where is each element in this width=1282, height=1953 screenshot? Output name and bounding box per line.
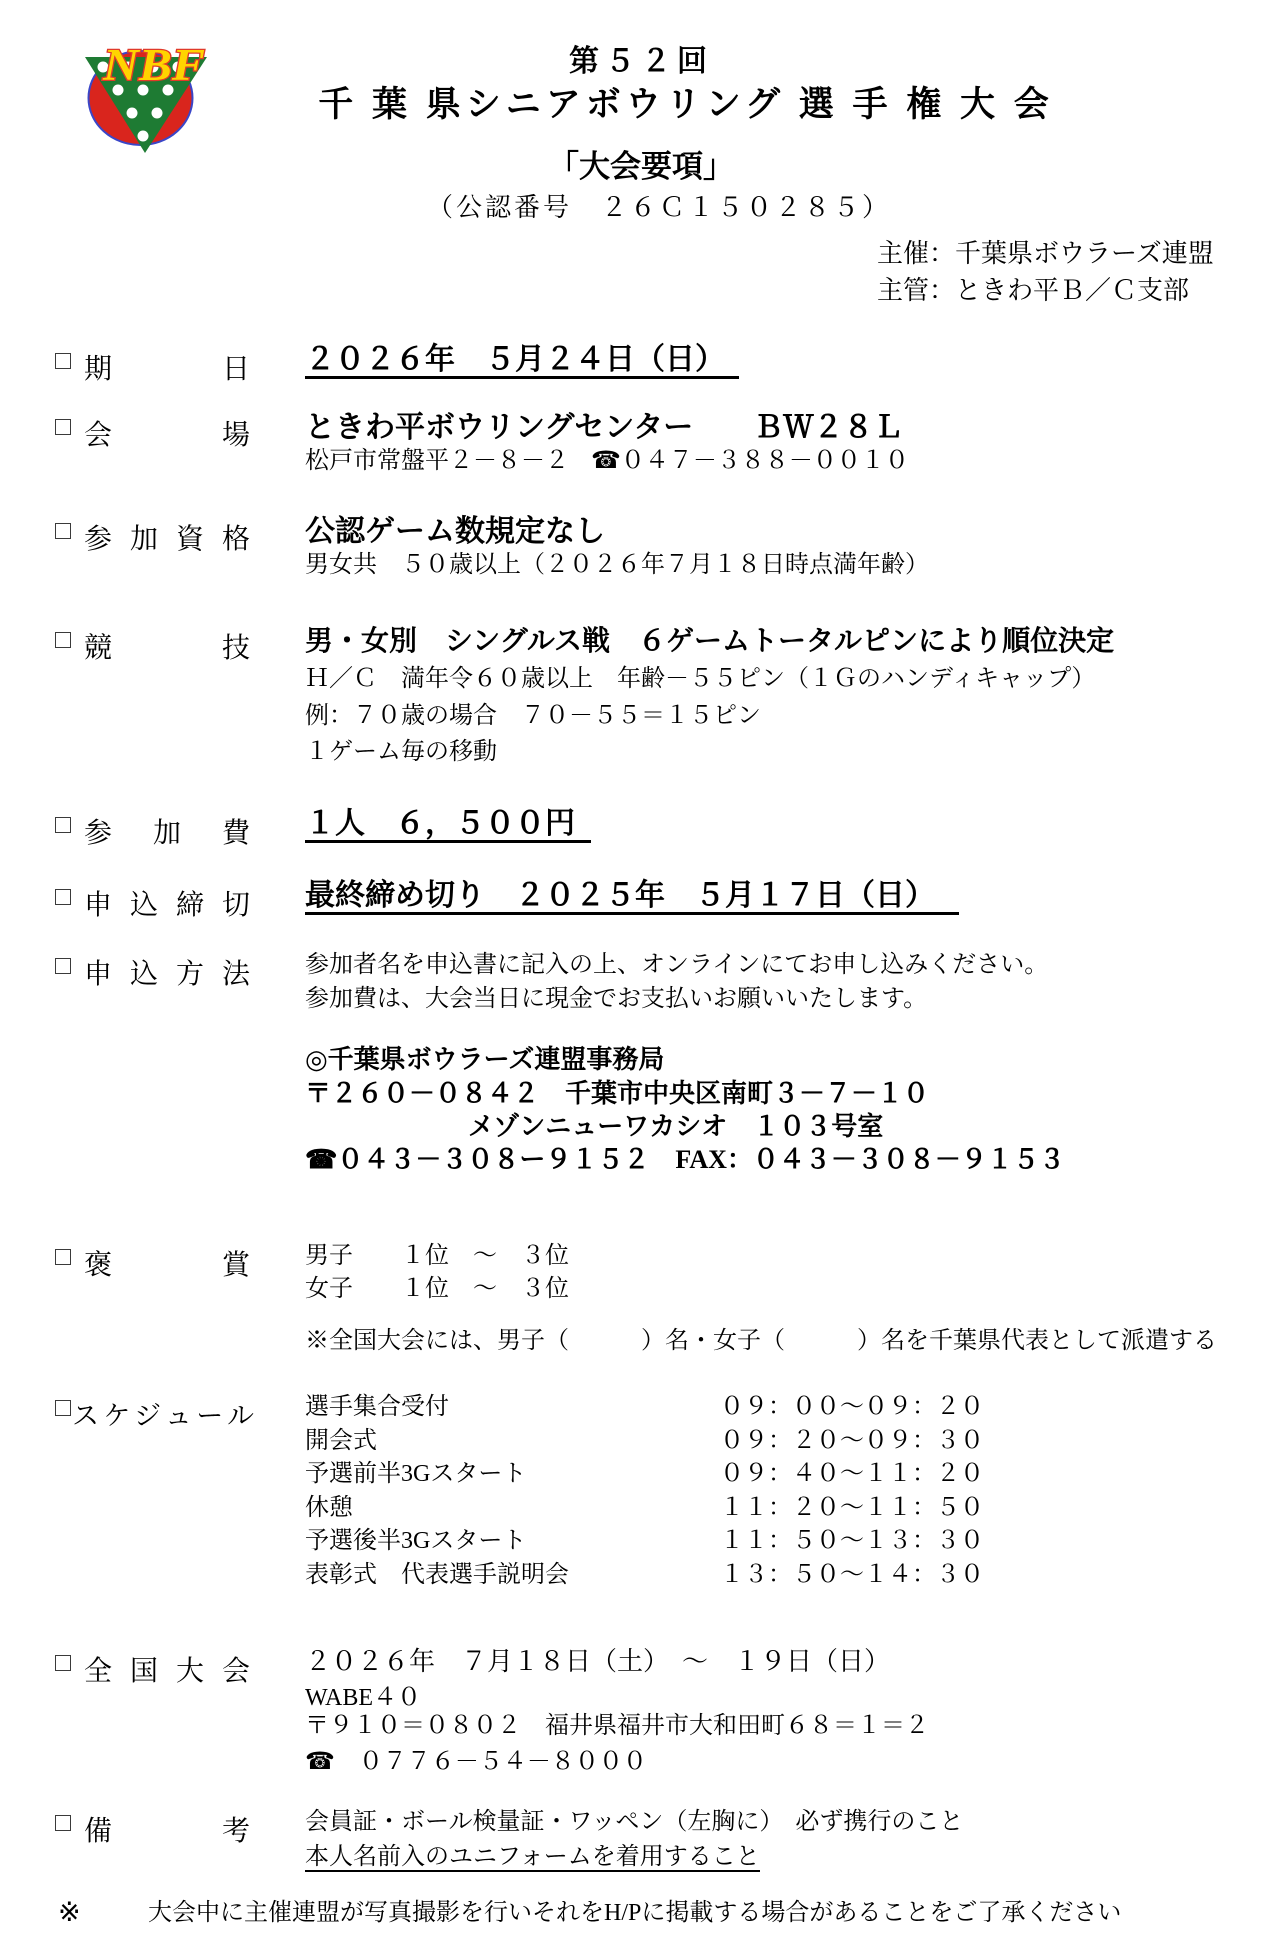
footer-note: 大会中に主催連盟が写真撮影を行いそれをH/Pに掲載する場合があることをご了承くだ… [148, 1899, 1121, 1928]
office-building: メゾンニューワカシオ １０３号室 [468, 1111, 883, 1142]
venue-phone: ☎０４７－３８８－００１０ [591, 447, 909, 476]
section-label-remarks: 備考 [84, 1809, 250, 1849]
schedule-row: 選手集合受付 ０９：００～０９：２０ [305, 1393, 984, 1422]
venue-address: 松戸市常盤平２－８－２ [305, 447, 569, 476]
section-bullet [55, 1400, 71, 1416]
national-phone: ☎ ０７７６－５４－８０００ [305, 1748, 647, 1777]
section-bullet [55, 1655, 71, 1671]
competition-main: 男・女別 シングルス戦 ６ゲームトータルピンにより順位決定 [305, 624, 1114, 658]
subtitle: 「大会要項」 [0, 148, 1282, 185]
section-bullet [55, 958, 71, 974]
schedule-item: 休憩 [305, 1494, 720, 1523]
round-number: 第５２回 [0, 44, 1282, 80]
national-venue: WABE４０ [305, 1684, 421, 1713]
section-label-national: 全国大会 [84, 1649, 250, 1689]
schedule-item: 開会式 [305, 1427, 720, 1456]
event-date: ２０２６年 ５月２４日（日） [305, 342, 739, 378]
remarks-line1: 会員証・ボール検量証・ワッペン（左胸に） 必ず携行のこと [305, 1808, 963, 1837]
application-deadline: 最終締め切り ２０２５年 ５月１７日（日） [305, 878, 959, 914]
section-bullet [55, 353, 71, 369]
schedule-time: １１：２０～１１：５０ [720, 1494, 984, 1523]
competition-example: 例：７０歳の場合 ７０－５５＝１５ピン [305, 702, 761, 731]
eligibility-main: 公認ゲーム数規定なし [305, 514, 605, 550]
organizer: 主催：千葉県ボウラーズ連盟 [877, 238, 1214, 269]
schedule-row: 予選後半3Gスタート １１：５０～１３：３０ [305, 1527, 984, 1556]
venue-address-row: 松戸市常盤平２－８－２ ☎０４７－３８８－００１０ [305, 447, 909, 476]
awards-women: 女子 １位 ～ ３位 [305, 1275, 569, 1304]
section-bullet [55, 523, 71, 539]
office-name: ◎千葉県ボウラーズ連盟事務局 [305, 1044, 664, 1075]
schedule-item: 表彰式 代表選手説明会 [305, 1561, 720, 1590]
section-label-eligibility: 参加資格 [84, 517, 250, 557]
remarks-line2: 本人名前入のユニフォームを着用すること [305, 1843, 760, 1872]
section-label-schedule: スケジュール [72, 1394, 254, 1433]
schedule-row: 予選前半3Gスタート ０９：４０～１１：２０ [305, 1460, 984, 1489]
schedule-time: ０９：２０～０９：３０ [720, 1427, 984, 1456]
section-bullet [55, 632, 71, 648]
schedule-item: 予選後半3Gスタート [305, 1527, 720, 1556]
section-bullet [55, 1815, 71, 1831]
section-bullet [55, 889, 71, 905]
awards-note: ※全国大会には、男子（ ）名・女子（ ）名を千葉県代表として派遣する [305, 1327, 1217, 1356]
section-label-competition: 競技 [84, 626, 250, 666]
schedule-time: ０９：４０～１１：２０ [720, 1460, 984, 1489]
schedule-row: 休憩 １１：２０～１１：５０ [305, 1494, 984, 1523]
section-label-awards: 褒賞 [84, 1243, 250, 1283]
tournament-flyer: NBF 第５２回 千 葉 県シニアボウリング 選 手 権 大 会 「大会要項」 … [0, 0, 1282, 1953]
section-label-application: 申込方法 [84, 952, 250, 992]
page-title: 千 葉 県シニアボウリング 選 手 権 大 会 [45, 84, 1282, 126]
national-address: 〒９１０＝０８０２ 福井県福井市大和田町６８＝１＝２ [305, 1712, 929, 1741]
section-bullet [55, 817, 71, 833]
section-label-fee: 参加費 [84, 811, 250, 851]
schedule-time: ０９：００～０９：２０ [720, 1393, 984, 1422]
competition-handicap: Ｈ／Ｃ 満年令６０歳以上 年齢－５５ピン（１Ｇのハンディキャップ） [305, 665, 1095, 694]
schedule-time: １３：５０～１４：３０ [720, 1561, 984, 1590]
schedule-item: 選手集合受付 [305, 1393, 720, 1422]
co-organizer: 主管：ときわ平Ｂ／Ｃ支部 [877, 275, 1189, 306]
approval-number: （公認番号 ２６Ｃ１５０２８５） [18, 192, 1282, 223]
awards-men: 男子 １位 ～ ３位 [305, 1242, 569, 1271]
office-phone: ☎０４３－３０８ー９１５２ FAX：０４３－３０８－９１５３ [305, 1144, 1065, 1175]
competition-note: １ゲーム毎の移動 [305, 738, 497, 767]
schedule-row: 表彰式 代表選手説明会 １３：５０～１４：３０ [305, 1561, 984, 1590]
entry-fee: １人 ６，５００円 [305, 806, 591, 842]
section-bullet [55, 419, 71, 435]
eligibility-detail: 男女共 ５０歳以上（２０２６年７月１８日時点満年齢） [305, 551, 929, 580]
application-line2: 参加費は、大会当日に現金でお支払いお願いいたします。 [305, 985, 927, 1014]
schedule-item: 予選前半3Gスタート [305, 1460, 720, 1489]
schedule-time: １１：５０～１３：３０ [720, 1527, 984, 1556]
office-address: 〒２６０－０８４２ 千葉市中央区南町３－７－１０ [305, 1078, 929, 1109]
section-label-venue: 会場 [84, 413, 250, 453]
national-date: ２０２６年 ７月１８日（土） ～ １９日（日） [305, 1646, 890, 1677]
section-label-date: 期日 [84, 347, 250, 387]
section-label-deadline: 申込締切 [84, 883, 250, 923]
application-line1: 参加者名を申込書に記入の上、オンラインにてお申し込みください。 [305, 951, 1048, 980]
footer-mark: ※ [58, 1896, 81, 1928]
schedule-row: 開会式 ０９：２０～０９：３０ [305, 1427, 984, 1456]
venue-name: ときわ平ボウリングセンター ＢＷ２８Ｌ [305, 410, 903, 446]
section-bullet [55, 1249, 71, 1265]
